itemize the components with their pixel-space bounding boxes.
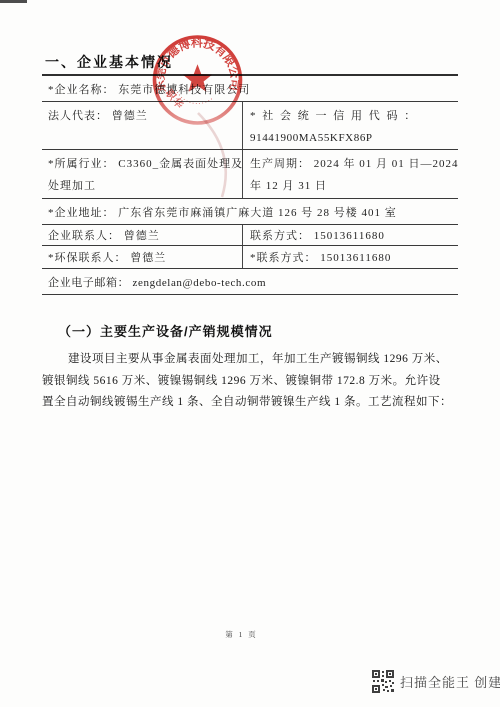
env-contact-phone-cell: *联系方式： 15013611680 [243, 246, 458, 268]
table-row: 企业联系人： 曾德兰 联系方式： 15013611680 [42, 225, 458, 246]
table-row: *所属行业： C3360_金属表面处理及热 处理加工 生产周期： 2024 年 … [42, 150, 458, 199]
seal-ghost-arc [178, 103, 250, 203]
production-period-line1: 生产周期： 2024 年 01 月 01 日—2024 [250, 154, 455, 176]
production-period-cell: 生产周期： 2024 年 01 月 01 日—2024 年 12 月 31 日 [243, 150, 458, 198]
contact-person-cell: 企业联系人： 曾德兰 [42, 225, 243, 245]
page-number: 第 1 页 [0, 629, 483, 640]
credit-code-cell: * 社 会 统 一 信 用 代 码 ： 91441900MA55KFX86P [243, 102, 458, 149]
scanner-watermark: 扫描全能王 创建 [372, 670, 500, 693]
table-row: *企业名称： 东莞市德博科技有限公司 [42, 76, 458, 102]
watermark-text: 扫描全能王 创建 [400, 672, 500, 691]
contact-phone-cell: 联系方式： 15013611680 [243, 225, 458, 245]
paragraph-line: 建设项目主要从事金属表面处理加工，年加工生产镀锡铜线 1296 万米、 [42, 349, 462, 371]
qr-code-icon [372, 670, 394, 693]
address-cell: *企业地址： 广东省东莞市麻涌镇广麻大道 126 号 28 号楼 401 室 [42, 204, 458, 220]
body-paragraph: 建设项目主要从事金属表面处理加工，年加工生产镀锡铜线 1296 万米、 镀银铜线… [42, 349, 462, 414]
scan-artifact-top-edge [0, 0, 27, 3]
paragraph-line: 置全自动铜线镀锡生产线 1 条、全自动铜带镀镍生产线 1 条。工艺流程如下： [42, 392, 462, 414]
table-row: *环保联系人： 曾德兰 *联系方式： 15013611680 [42, 246, 458, 269]
production-period-line2: 年 12 月 31 日 [250, 176, 455, 198]
section-heading: （一）主要生产设备/产销规模情况 [58, 321, 273, 340]
credit-code-label: * 社 会 统 一 信 用 代 码 ： [250, 106, 455, 128]
table-row: 企业电子邮箱： zengdelan@debo-tech.com [42, 269, 458, 295]
table-row: 法人代表： 曾德兰 * 社 会 统 一 信 用 代 码 ： 91441900MA… [42, 102, 458, 150]
table-row: *企业地址： 广东省东莞市麻涌镇广麻大道 126 号 28 号楼 401 室 [42, 199, 458, 225]
enterprise-name-cell: *企业名称： 东莞市德博科技有限公司 [42, 81, 458, 97]
scanned-document-page: 一、企业基本情况 *企业名称： 东莞市德博科技有限公司 法人代表： 曾德兰 * … [0, 0, 500, 707]
env-contact-person-cell: *环保联系人： 曾德兰 [42, 246, 243, 268]
seal-star-icon [183, 64, 212, 92]
credit-code-value: 91441900MA55KFX86P [250, 128, 455, 150]
paragraph-line: 镀银铜线 5616 万米、镀镍锡铜线 1296 万米、镀镍铜带 172.8 万米… [42, 371, 462, 393]
email-cell: 企业电子邮箱： zengdelan@debo-tech.com [42, 274, 458, 290]
info-table: *企业名称： 东莞市德博科技有限公司 法人代表： 曾德兰 * 社 会 统 一 信… [42, 74, 458, 295]
